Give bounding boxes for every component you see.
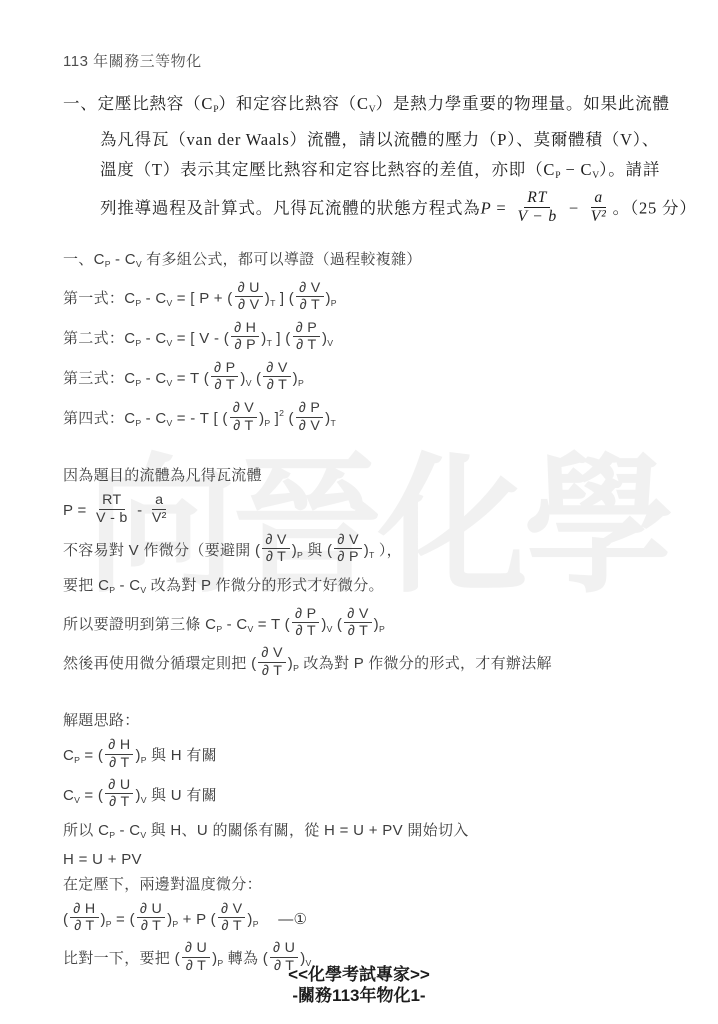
text-run: - C <box>141 369 166 386</box>
math-subscript: P <box>331 298 337 308</box>
math-variable: − <box>563 198 585 217</box>
fraction-denominator: V² <box>149 510 170 526</box>
math-subscript: P <box>379 624 385 634</box>
problem-line: 列推導過程及計算式。凡得瓦流體的狀態方程式為P = RTV − b − aV²。… <box>63 191 678 228</box>
text-run: 有多組公式，都可以導證（過程較複雜） <box>142 251 422 268</box>
solution-line: 第一式：CP - CV = [ P + (∂ U∂ V)T ] (∂ V∂ T)… <box>63 282 678 316</box>
fraction: ∂ V∂ T <box>262 532 289 566</box>
text-run: 與 ( <box>303 542 333 559</box>
text-run: = - T [ ( <box>172 410 227 427</box>
text-run: —① <box>258 911 307 928</box>
fraction-numerator: ∂ P <box>292 606 319 623</box>
text-run: ( <box>63 911 68 928</box>
text-run: 改為對 P 作微分的形式才好微分。 <box>146 577 384 594</box>
fraction-numerator: ∂ H <box>231 320 259 337</box>
fraction-denominator: ∂ T <box>230 418 256 434</box>
text-run: - C <box>141 290 166 307</box>
problem-statement: 一、定壓比熱容（CP）和定容比熱容（CV）是熱力學重要的物理量。如果此流體為凡得… <box>63 89 678 228</box>
fraction: ∂ V∂ T <box>230 400 257 434</box>
text-run: ( <box>284 410 294 427</box>
fraction-denominator: ∂ T <box>219 918 245 934</box>
fraction: ∂ P∂ V <box>296 400 323 434</box>
fraction: ∂ V∂ T <box>218 901 245 935</box>
problem-line: 一、定壓比熱容（CP）和定容比熱容（CV）是熱力學重要的物理量。如果此流體 <box>63 89 678 125</box>
math-subscript: V <box>369 104 376 115</box>
solution-line: CP = (∂ H∂ T)P 與 H 有關 <box>63 739 678 773</box>
solution-line: 第三式：CP - CV = T (∂ P∂ T)V (∂ V∂ T)P <box>63 362 678 396</box>
text-run: - C <box>141 330 166 347</box>
text-run: = T ( <box>172 369 209 386</box>
text-run: H = U + PV <box>63 851 142 868</box>
solution-line: 第二式：CP - CV = [ V - (∂ H∂ P)T ] (∂ P∂ T)… <box>63 322 678 356</box>
text-run: ] <box>270 410 279 427</box>
solution-line: H = U + PV <box>63 848 678 872</box>
fraction-denominator: ∂ T <box>106 794 132 810</box>
text-run: P = <box>63 502 91 519</box>
fraction-numerator: ∂ U <box>235 280 263 297</box>
fraction-denominator: ∂ T <box>292 623 318 639</box>
text-run: 第四式：C <box>63 410 135 427</box>
solution-line: CV = (∂ U∂ T)V 與 U 有關 <box>63 779 678 813</box>
text-run: - C <box>115 577 140 594</box>
solution-line: 要把 CP - CV 改為對 P 作微分的形式才好微分。 <box>63 574 678 602</box>
line-spacer <box>63 687 678 708</box>
text-run: 列推導過程及計算式。凡得瓦流體的狀態方程式為 <box>100 198 481 217</box>
solution-line: 解題思路： <box>63 709 678 733</box>
text-run: - C <box>222 616 247 633</box>
line-spacer <box>63 442 678 463</box>
text-run: = [ P + ( <box>172 290 232 307</box>
text-run: 因為題目的流體為凡得瓦流體 <box>63 467 262 484</box>
text-run: 溫度（T）表示其定壓比熱容和定容比熱容的差值，亦即（C <box>100 160 555 179</box>
text-run: 解題思路： <box>63 712 140 729</box>
fraction: ∂ H∂ P <box>231 320 259 354</box>
fraction: ∂ U∂ T <box>105 777 133 811</box>
fraction-denominator: ∂ P <box>334 549 361 565</box>
problem-line: 溫度（T）表示其定壓比熱容和定容比熱容的差值，亦即（CP − CV）。請詳 <box>63 155 678 191</box>
fraction: ∂ V∂ T <box>296 280 323 314</box>
fraction-denominator: ∂ V <box>296 418 323 434</box>
text-run: 一、定壓比熱容（C <box>63 94 213 113</box>
solution-body: 一、CP - CV 有多組公式，都可以導證（過程較複雜）第一式：CP - CV … <box>63 248 678 976</box>
fraction: RTV − b <box>514 189 560 226</box>
fraction-numerator: ∂ U <box>182 940 210 957</box>
fraction: ∂ V∂ T <box>344 606 371 640</box>
text-run: ] ( <box>272 330 291 347</box>
text-run: 不容易對 V 作微分（要避開 ( <box>63 542 260 559</box>
fraction-numerator: ∂ H <box>70 901 98 918</box>
text-run: 第一式：C <box>63 290 135 307</box>
fraction-denominator: ∂ T <box>138 918 164 934</box>
fraction-numerator: ∂ V <box>218 901 245 918</box>
fraction: ∂ V∂ T <box>263 360 290 394</box>
fraction: aV² <box>149 492 170 526</box>
fraction-denominator: ∂ P <box>231 337 258 353</box>
text-run: 。（25 分） <box>613 198 697 217</box>
text-run: C <box>63 787 74 804</box>
solution-line: 一、CP - CV 有多組公式，都可以導證（過程較複雜） <box>63 248 678 276</box>
text-run: 所以 C <box>63 822 109 839</box>
text-run: 所以要證明到第三條 C <box>63 616 216 633</box>
fraction: ∂ P∂ T <box>292 606 319 640</box>
math-subscript: V <box>327 338 333 348</box>
footer-brand: <<化學考試專家>> <box>0 964 718 985</box>
fraction-denominator: ∂ T <box>293 337 319 353</box>
text-run: 然後再使用微分循環定則把 ( <box>63 655 256 672</box>
fraction: ∂ V∂ P <box>334 532 361 566</box>
fraction-denominator: ∂ T <box>264 377 290 393</box>
fraction-denominator: ∂ T <box>212 377 238 393</box>
fraction-numerator: ∂ U <box>270 940 298 957</box>
text-run: - C <box>115 822 140 839</box>
solution-line: 在定壓下，兩邊對溫度微分： <box>63 873 678 897</box>
fraction-denominator: ∂ T <box>345 623 371 639</box>
fraction: ∂ P∂ T <box>293 320 320 354</box>
text-run: = ( <box>112 911 135 928</box>
text-run: 與 H 有關 <box>147 747 217 764</box>
fraction-numerator: ∂ V <box>258 645 285 662</box>
text-run: ）。請詳 <box>599 160 660 179</box>
fraction-denominator: V² <box>588 208 610 226</box>
fraction-numerator: RT <box>99 492 124 509</box>
fraction-numerator: RT <box>524 189 550 208</box>
text-run: - C <box>111 251 136 268</box>
solution-line: 所以要證明到第三條 CP - CV = T (∂ P∂ T)V (∂ V∂ T)… <box>63 608 678 642</box>
fraction-numerator: ∂ P <box>293 320 320 337</box>
fraction-numerator: a <box>152 492 166 509</box>
text-run: 要把 C <box>63 577 109 594</box>
fraction-numerator: ∂ U <box>105 777 133 794</box>
fraction: aV² <box>588 189 610 226</box>
text-run: = ( <box>80 787 103 804</box>
fraction: ∂ H∂ T <box>70 901 98 935</box>
document-page: { "header": { "title": "113 年關務三等物化" }, … <box>0 0 718 1024</box>
text-run: ( <box>332 616 342 633</box>
fraction-numerator: ∂ V <box>262 532 289 549</box>
solution-line: 第四式：CP - CV = - T [ (∂ V∂ T)P ]2 (∂ P∂ V… <box>63 401 678 436</box>
fraction: ∂ U∂ V <box>235 280 263 314</box>
text-run: 與 U 有關 <box>147 787 217 804</box>
footer-page-label: -關務113年物化1- <box>0 985 718 1006</box>
fraction-numerator: ∂ V <box>230 400 257 417</box>
fraction: ∂ H∂ T <box>105 737 133 771</box>
fraction: ∂ P∂ T <box>211 360 238 394</box>
page-content: 113 年關務三等物化 一、定壓比熱容（CP）和定容比熱容（CV）是熱力學重要的… <box>0 0 718 976</box>
fraction-numerator: ∂ U <box>137 901 165 918</box>
text-run: - C <box>141 410 166 427</box>
fraction-denominator: ∂ T <box>263 549 289 565</box>
text-run: ] ( <box>275 290 294 307</box>
math-variable: P <box>481 198 492 217</box>
fraction-numerator: ∂ V <box>334 532 361 549</box>
fraction: ∂ V∂ T <box>258 645 285 679</box>
fraction-numerator: ∂ V <box>344 606 371 623</box>
text-run: = [ V - ( <box>172 330 229 347</box>
solution-line: 不容易對 V 作微分（要避開 (∂ V∂ T)P 與 (∂ V∂ P)T ）， <box>63 534 678 568</box>
text-run: ）， <box>374 542 402 559</box>
fraction-denominator: ∂ T <box>71 918 97 934</box>
text-run: 一、C <box>63 251 105 268</box>
text-run: - <box>133 502 147 519</box>
fraction: ∂ U∂ T <box>137 901 165 935</box>
fraction-denominator: ∂ T <box>259 663 285 679</box>
solution-line: (∂ H∂ T)P = (∂ U∂ T)P + P (∂ V∂ T)P —① <box>63 903 678 937</box>
fraction-denominator: V − b <box>514 208 560 226</box>
fraction-denominator: ∂ T <box>106 755 132 771</box>
problem-line: 為凡得瓦（van der Waals）流體，請以流體的壓力（P）、莫爾體積（V）… <box>63 125 678 155</box>
text-run: = T ( <box>253 616 290 633</box>
fraction-numerator: ∂ V <box>263 360 290 377</box>
text-run: ）是熱力學重要的物理量。如果此流體 <box>376 94 670 113</box>
text-run: C <box>63 747 74 764</box>
document-title: 113 年關務三等物化 <box>63 50 678 71</box>
text-run: 與 H、U 的關係有關，從 H = U + PV 開始切入 <box>146 822 468 839</box>
text-run: 改為對 P 作微分的形式，才有辦法解 <box>299 655 552 672</box>
text-run: 第二式：C <box>63 330 135 347</box>
text-run: ）和定容比熱容（C <box>219 94 369 113</box>
math-subscript: P <box>298 377 304 387</box>
text-run: = ( <box>80 747 103 764</box>
solution-line: 所以 CP - CV 與 H、U 的關係有關，從 H = U + PV 開始切入 <box>63 819 678 847</box>
page-footer: <<化學考試專家>> -關務113年物化1- <box>0 964 718 1006</box>
fraction-denominator: ∂ V <box>235 297 262 313</box>
fraction-denominator: ∂ T <box>297 297 323 313</box>
solution-line: 然後再使用微分循環定則把 (∂ V∂ T)P 改為對 P 作微分的形式，才有辦法… <box>63 647 678 681</box>
text-run: − C <box>561 160 593 179</box>
solution-line: P = RTV - b - aV² <box>63 494 678 528</box>
text-run: + P ( <box>178 911 216 928</box>
math-subscript: T <box>330 418 335 428</box>
fraction: RTV - b <box>93 492 131 526</box>
fraction-numerator: ∂ H <box>105 737 133 754</box>
fraction-denominator: V - b <box>93 510 131 526</box>
fraction-numerator: ∂ V <box>296 280 323 297</box>
text-run: 在定壓下，兩邊對溫度微分： <box>63 876 262 893</box>
text-run: ( <box>252 369 262 386</box>
text-run: 第三式：C <box>63 369 135 386</box>
fraction-numerator: ∂ P <box>211 360 238 377</box>
text-run: = <box>492 198 512 217</box>
text-run: 為凡得瓦（van der Waals）流體，請以流體的壓力（P）、莫爾體積（V）… <box>100 130 659 149</box>
solution-line: 因為題目的流體為凡得瓦流體 <box>63 464 678 488</box>
fraction-numerator: ∂ P <box>296 400 323 417</box>
fraction-numerator: a <box>591 189 606 208</box>
